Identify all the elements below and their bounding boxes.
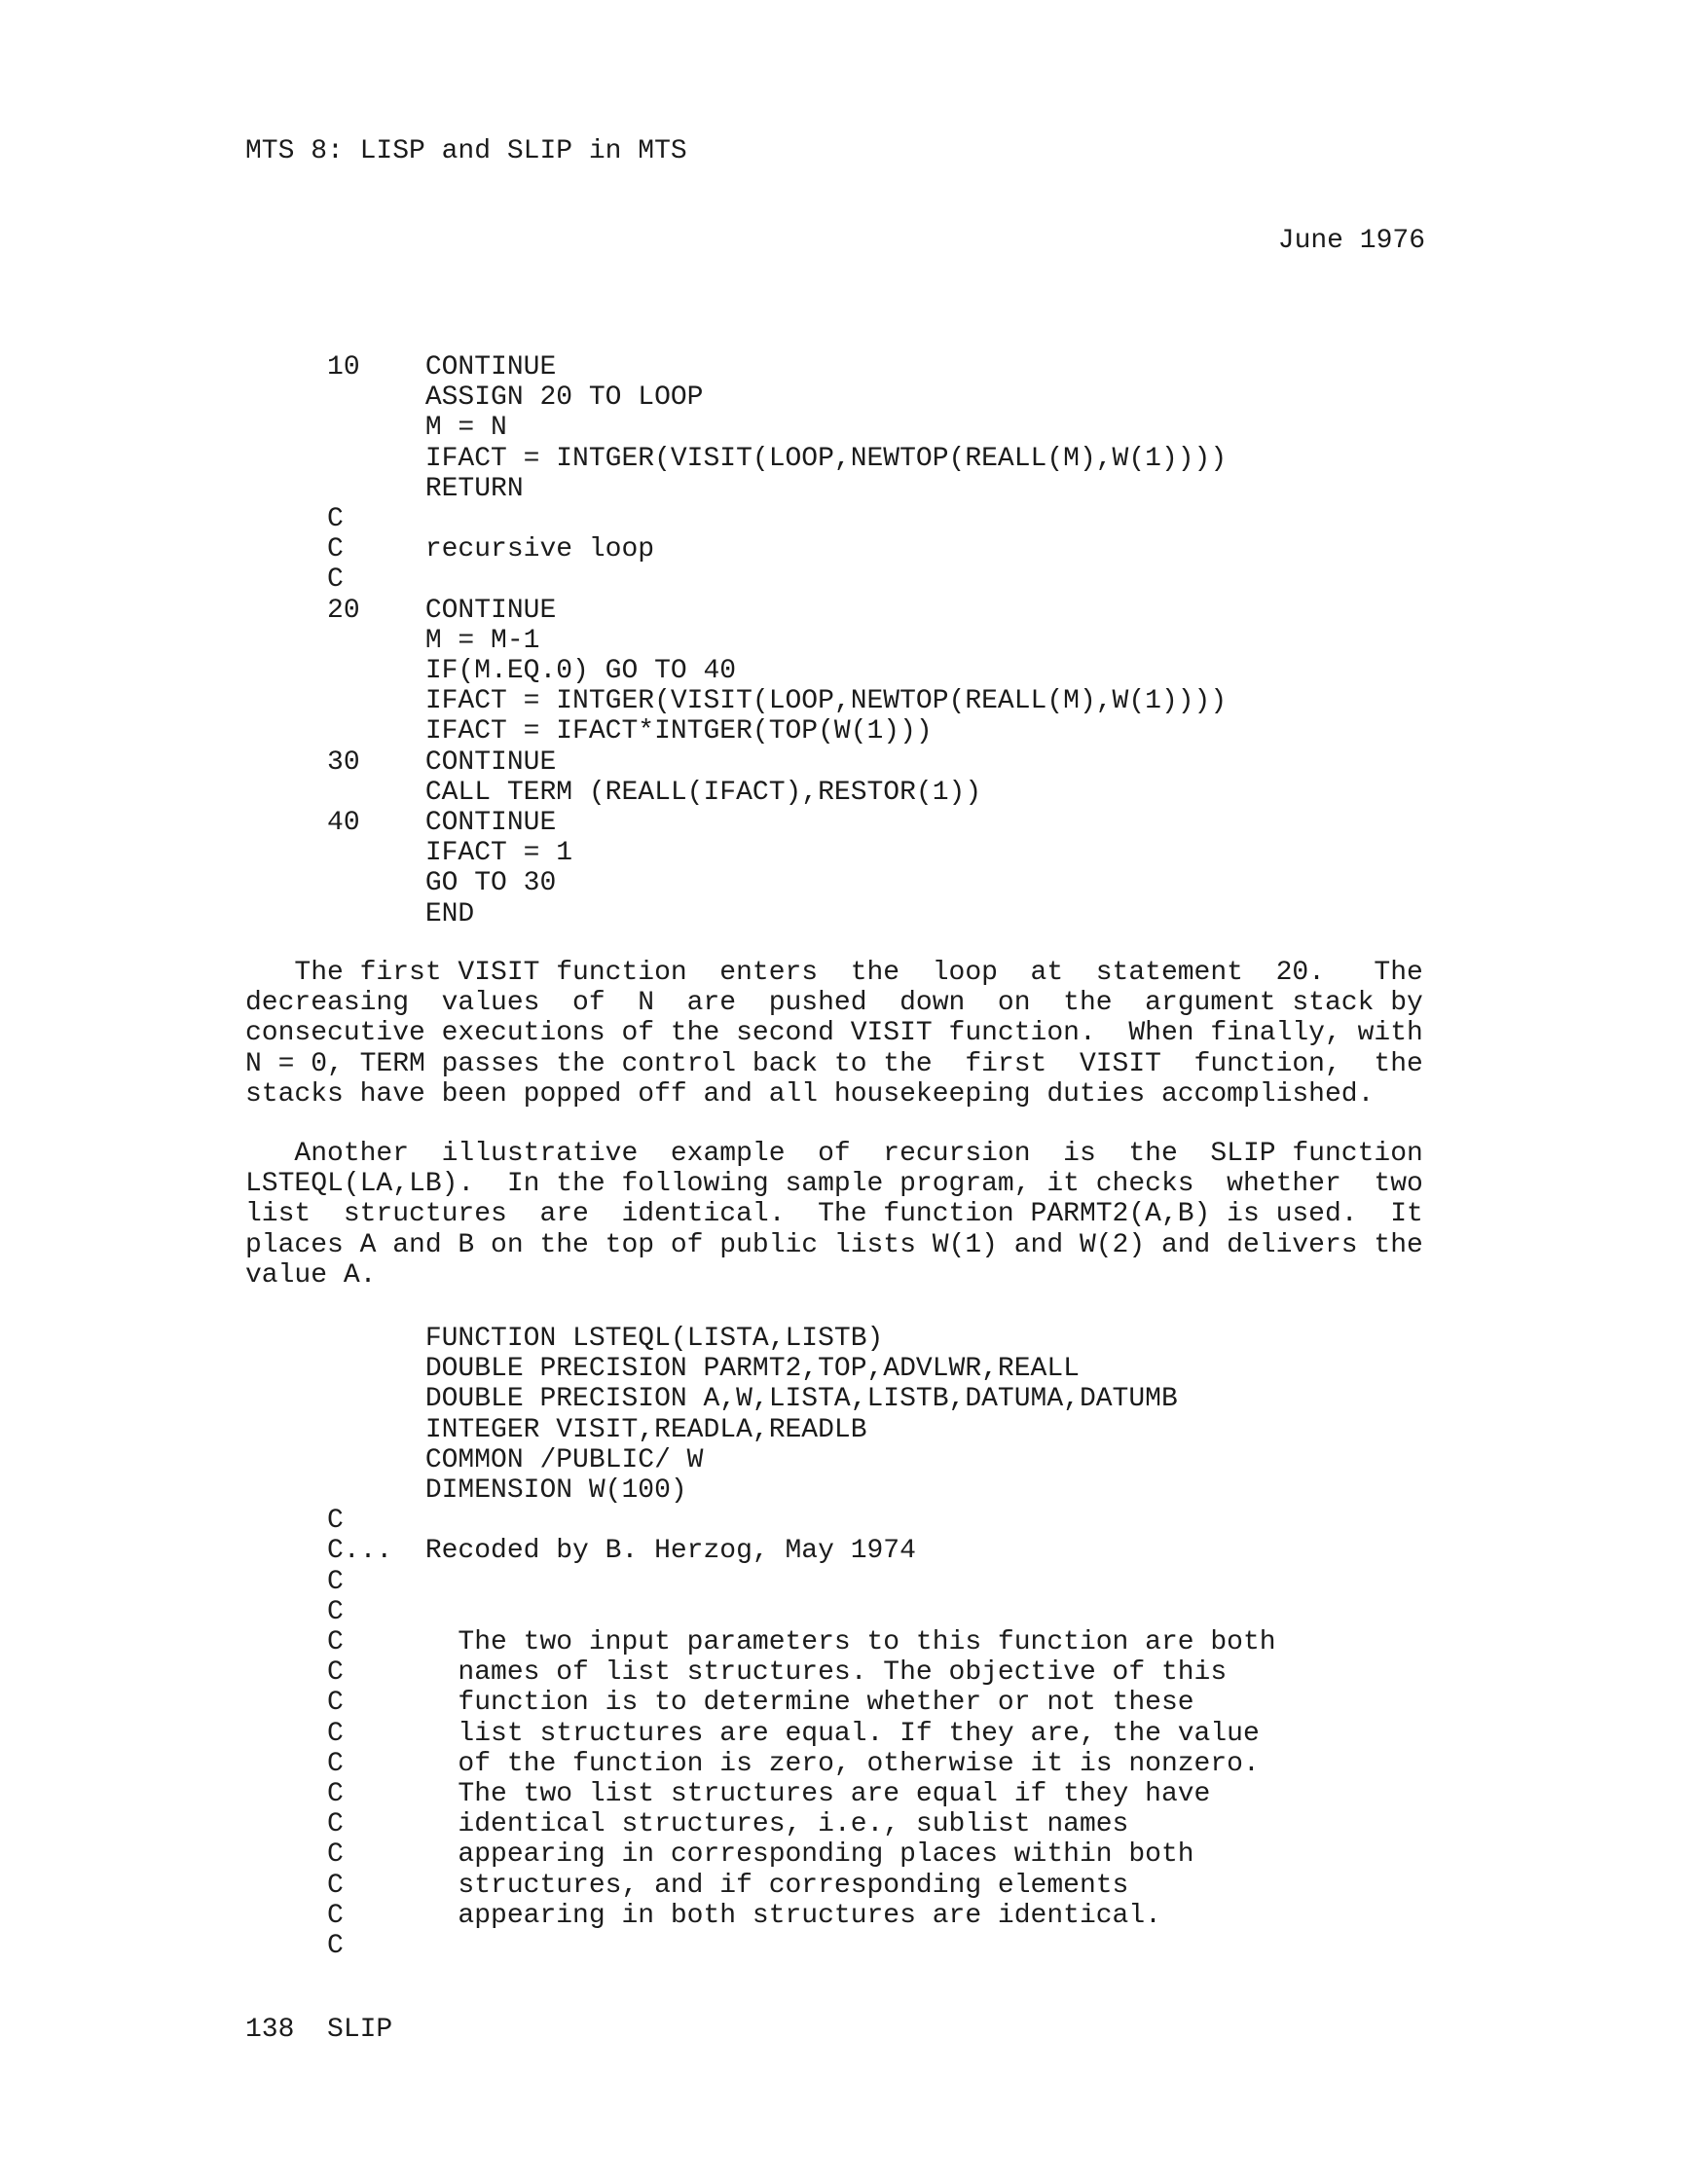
- text-line: 40 CONTINUE: [245, 808, 1227, 838]
- code-block-factorial: 10 CONTINUE ASSIGN 20 TO LOOP M = N IFAC…: [245, 352, 1227, 929]
- text-line: places A and B on the top of public list…: [245, 1230, 1423, 1260]
- text-line: C: [245, 1567, 1276, 1597]
- text-line: C identical structures, i.e., sublist na…: [245, 1809, 1276, 1839]
- date-line: June 1976: [245, 226, 1425, 256]
- text-line: IFACT = INTGER(VISIT(LOOP,NEWTOP(REALL(M…: [245, 444, 1227, 474]
- text-line: ASSIGN 20 TO LOOP: [245, 382, 1227, 413]
- text-line: C The two input parameters to this funct…: [245, 1627, 1276, 1657]
- page-header-title: MTS 8: LISP and SLIP in MTS: [245, 136, 687, 166]
- page-footer: 138 SLIP: [245, 2015, 392, 2045]
- text-line: value A.: [245, 1260, 1423, 1291]
- text-line: 30 CONTINUE: [245, 747, 1227, 778]
- text-line: C... Recoded by B. Herzog, May 1974: [245, 1536, 1276, 1566]
- code-block-lsteql: FUNCTION LSTEQL(LISTA,LISTB) DOUBLE PREC…: [245, 1324, 1276, 1961]
- text-line: FUNCTION LSTEQL(LISTA,LISTB): [245, 1324, 1276, 1354]
- text-line: C appearing in both structures are ident…: [245, 1901, 1276, 1931]
- text-line: CALL TERM (REALL(IFACT),RESTOR(1)): [245, 778, 1227, 808]
- text-line: M = N: [245, 413, 1227, 443]
- text-line: RETURN: [245, 474, 1227, 504]
- text-line: C: [245, 1506, 1276, 1536]
- text-line: DOUBLE PRECISION PARMT2,TOP,ADVLWR,REALL: [245, 1354, 1276, 1384]
- text-line: C appearing in corresponding places with…: [245, 1839, 1276, 1870]
- text-line: M = M-1: [245, 626, 1227, 656]
- paragraph-visit-explanation: The first VISIT function enters the loop…: [245, 958, 1423, 1110]
- paragraph-lsteql-intro: Another illustrative example of recursio…: [245, 1139, 1423, 1291]
- text-line: C The two list structures are equal if t…: [245, 1779, 1276, 1809]
- text-line: C list structures are equal. If they are…: [245, 1719, 1276, 1749]
- text-line: DOUBLE PRECISION A,W,LISTA,LISTB,DATUMA,…: [245, 1384, 1276, 1414]
- text-line: INTEGER VISIT,READLA,READLB: [245, 1415, 1276, 1445]
- text-line: The first VISIT function enters the loop…: [245, 958, 1423, 988]
- text-line: COMMON /PUBLIC/ W: [245, 1445, 1276, 1475]
- text-line: DIMENSION W(100): [245, 1475, 1276, 1506]
- text-line: Another illustrative example of recursio…: [245, 1139, 1423, 1169]
- text-line: C: [245, 1597, 1276, 1627]
- text-line: IFACT = INTGER(VISIT(LOOP,NEWTOP(REALL(M…: [245, 686, 1227, 716]
- text-line: LSTEQL(LA,LB). In the following sample p…: [245, 1169, 1423, 1199]
- text-line: C: [245, 504, 1227, 534]
- text-line: consecutive executions of the second VIS…: [245, 1018, 1423, 1048]
- text-line: GO TO 30: [245, 868, 1227, 898]
- text-line: stacks have been popped off and all hous…: [245, 1079, 1423, 1110]
- document-page: MTS 8: LISP and SLIP in MTS June 1976 10…: [0, 0, 1688, 2184]
- text-line: C structures, and if corresponding eleme…: [245, 1871, 1276, 1901]
- text-line: IFACT = 1: [245, 838, 1227, 868]
- text-line: C names of list structures. The objectiv…: [245, 1657, 1276, 1688]
- text-line: N = 0, TERM passes the control back to t…: [245, 1049, 1423, 1079]
- text-line: decreasing values of N are pushed down o…: [245, 988, 1423, 1018]
- text-line: C recursive loop: [245, 534, 1227, 564]
- text-line: IFACT = IFACT*INTGER(TOP(W(1))): [245, 716, 1227, 746]
- text-line: C: [245, 564, 1227, 595]
- text-line: list structures are identical. The funct…: [245, 1199, 1423, 1229]
- text-line: END: [245, 899, 1227, 929]
- text-line: 10 CONTINUE: [245, 352, 1227, 382]
- text-line: C function is to determine whether or no…: [245, 1688, 1276, 1718]
- text-line: C: [245, 1931, 1276, 1961]
- text-line: C of the function is zero, otherwise it …: [245, 1749, 1276, 1779]
- text-line: IF(M.EQ.0) GO TO 40: [245, 656, 1227, 686]
- text-line: 20 CONTINUE: [245, 596, 1227, 626]
